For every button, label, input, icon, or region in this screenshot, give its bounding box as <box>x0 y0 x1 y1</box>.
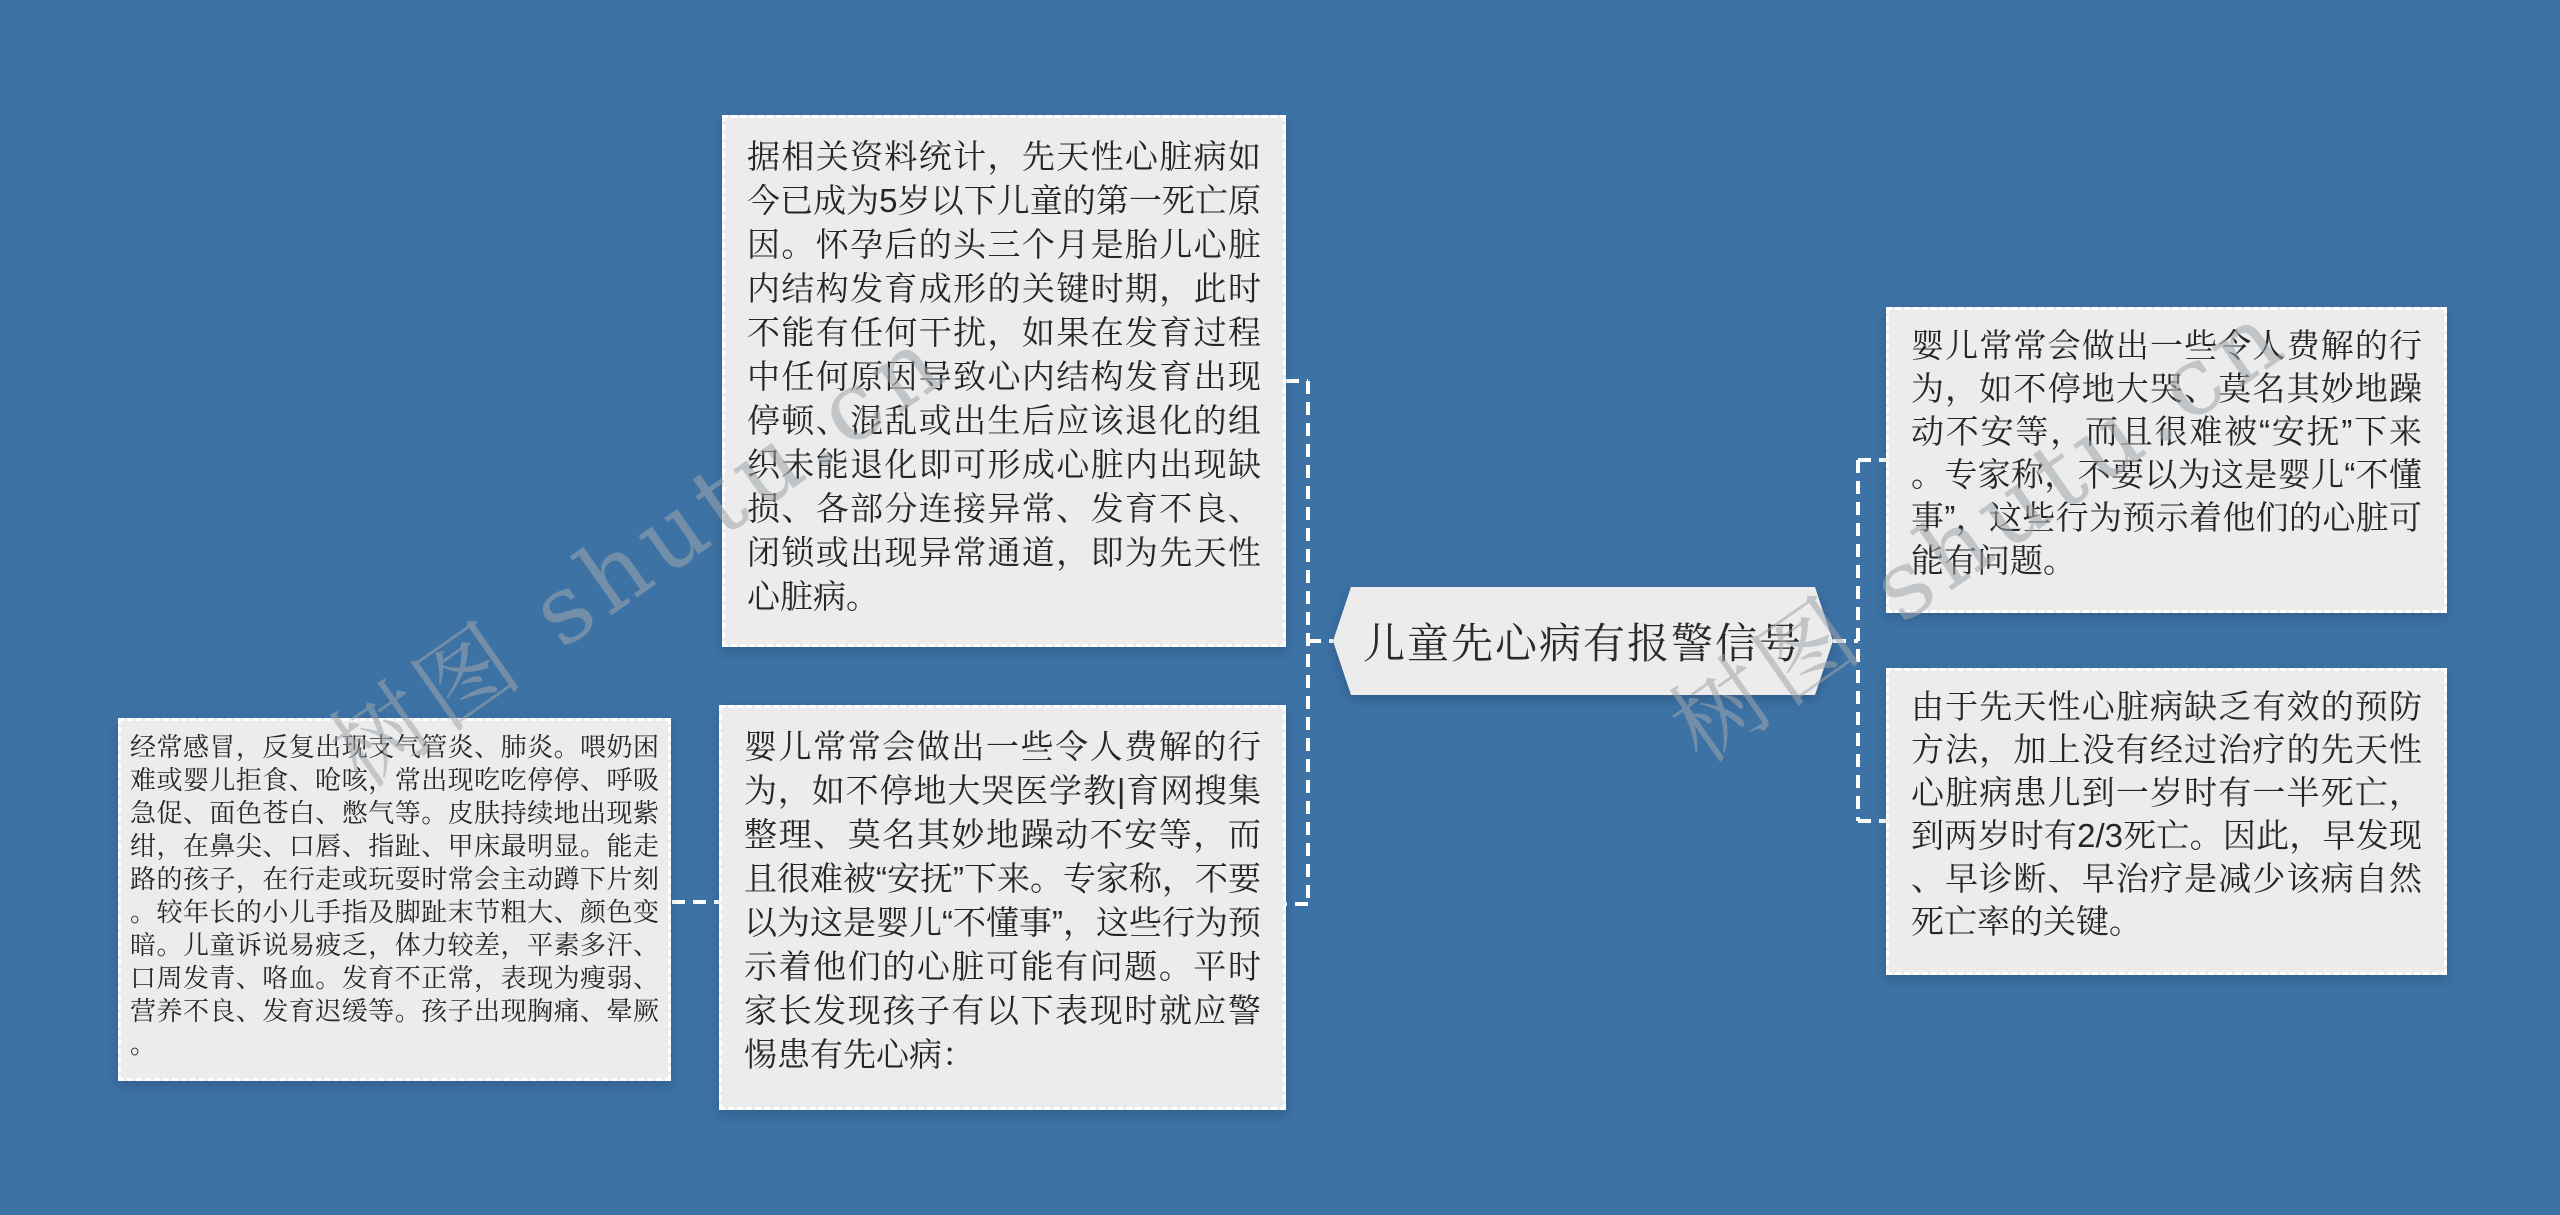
mindmap-canvas: 经常感冒，反复出现支气管炎、肺炎。喂奶困难或婴儿拒食、呛咳，常出现吃吃停停、呼吸… <box>0 0 2560 1215</box>
center-node-shape <box>0 0 2560 1215</box>
center-node[interactable]: 儿童先心病有报警信号 <box>1341 587 1825 695</box>
center-node-label: 儿童先心病有报警信号 <box>1363 611 1803 671</box>
